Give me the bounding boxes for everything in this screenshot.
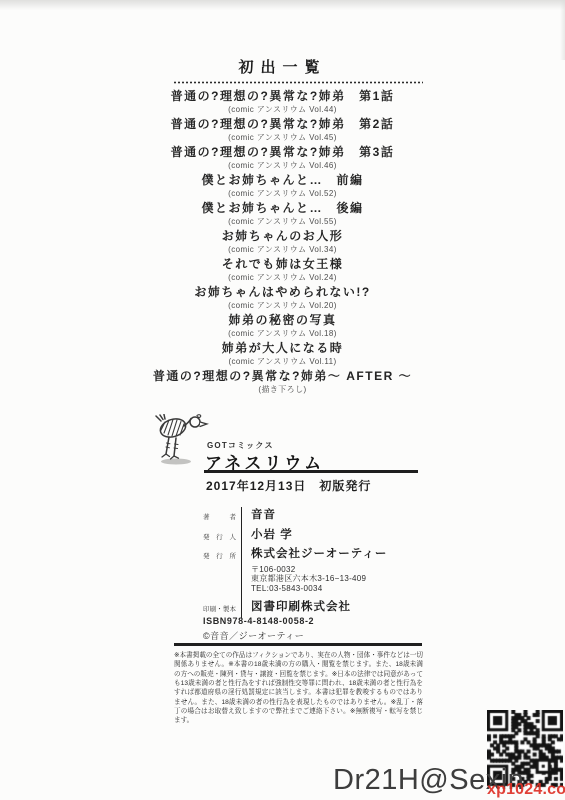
chapter-source: (comic アンスリウム Vol.24) <box>0 273 565 282</box>
bird-sketch-icon <box>153 414 213 469</box>
chapter-title: 普通の?理想の?異常な?姉弟 第3話 <box>0 146 565 159</box>
credit-extra: 〒106-0032東京都港区六本木3-16−13-409TEL:03-5843-… <box>251 564 387 597</box>
chapter-item: それでも姉は女王様 (comic アンスリウム Vol.24) <box>0 258 565 282</box>
credit-value: 小岩 学 <box>251 527 293 545</box>
watermark-site: xp1024.com <box>487 781 565 799</box>
chapter-source: (comic アンスリウム Vol.18) <box>0 329 565 338</box>
credit-row: 著者 音音 <box>203 507 387 527</box>
page-title: 初出一覧 <box>0 56 565 77</box>
scan-edge-artifact <box>0 0 565 10</box>
chapter-item: 普通の?理想の?異常な?姉弟 第1話 (comic アンスリウム Vol.44) <box>0 90 565 114</box>
chapter-title: それでも姉は女王様 <box>0 258 565 271</box>
credit-row: 発行所 株式会社ジーオーティー 〒106-0032東京都港区六本木3-16−13… <box>203 546 387 599</box>
chapter-item: お姉ちゃんのお人形 (comic アンスリウム Vol.34) <box>0 230 565 254</box>
credit-label: 著者 <box>203 507 236 527</box>
credit-extra-line: 東京都港区六本木3-16−13-409 <box>251 574 387 584</box>
chapter-source: (comic アンスリウム Vol.34) <box>0 245 565 254</box>
legal-notice: ※本書掲載の全ての作品はフィクションであり、実在の人物・団体・事件などは一切関係… <box>174 651 423 726</box>
credit-row: 発行人 小岩 学 <box>203 527 387 547</box>
chapter-item: 普通の?理想の?異常な?姉弟 第2話 (comic アンスリウム Vol.45) <box>0 118 565 142</box>
chapter-source: (comic アンスリウム Vol.45) <box>0 133 565 142</box>
chapter-source: (comic アンスリウム Vol.52) <box>0 189 565 198</box>
chapter-title: お姉ちゃんはやめられない!? <box>0 286 565 299</box>
chapter-item: 僕とお姉ちゃんと… 前編 (comic アンスリウム Vol.52) <box>0 174 565 198</box>
chapter-source: (comic アンスリウム Vol.55) <box>0 217 565 226</box>
chapter-title: 普通の?理想の?異常な?姉弟 第2話 <box>0 118 565 131</box>
credit-label: 発行所 <box>203 546 236 599</box>
chapter-source: (comic アンスリウム Vol.44) <box>0 105 565 114</box>
chapter-item: 僕とお姉ちゃんと… 後編 (comic アンスリウム Vol.55) <box>0 202 565 226</box>
scan-edge-artifact-right <box>560 0 565 60</box>
chapter-source: (描き下ろし) <box>0 385 565 394</box>
chapter-source: (comic アンスリウム Vol.20) <box>0 301 565 310</box>
colophon-page: 初出一覧 普通の?理想の?異常な?姉弟 第1話 (comic アンスリウム Vo… <box>0 0 565 800</box>
credit-extra-line: TEL:03-5843-0034 <box>251 584 387 594</box>
chapter-item: 姉弟の秘密の写真 (comic アンスリウム Vol.18) <box>0 314 565 338</box>
credit-cell: 小岩 学 <box>241 527 293 547</box>
chapter-title: 僕とお姉ちゃんと… 後編 <box>0 202 565 215</box>
credit-cell: 株式会社ジーオーティー 〒106-0032東京都港区六本木3-16−13-409… <box>241 546 387 599</box>
credit-value: 図書印刷株式会社 <box>251 599 351 617</box>
notice-divider <box>174 643 422 646</box>
chapter-item: 普通の?理想の?異常な?姉弟 第3話 (comic アンスリウム Vol.46) <box>0 146 565 170</box>
chapter-title: 姉弟が大人になる時 <box>0 342 565 355</box>
chapter-list: 普通の?理想の?異常な?姉弟 第1話 (comic アンスリウム Vol.44)… <box>0 90 565 398</box>
isbn: ISBN978-4-8148-0058-2 <box>203 616 314 626</box>
credits-table: 著者 音音 発行人 小岩 学 発行所 株式会社ジーオーティー 〒106-003 <box>203 507 387 618</box>
credit-label: 発行人 <box>203 527 236 547</box>
title-underline <box>204 470 418 473</box>
credit-value: 音音 <box>251 507 276 525</box>
chapter-item: お姉ちゃんはやめられない!? (comic アンスリウム Vol.20) <box>0 286 565 310</box>
dotted-divider <box>173 81 423 84</box>
chapter-title: 普通の?理想の?異常な?姉弟～ AFTER ～ <box>0 370 565 383</box>
credit-cell: 音音 <box>241 507 276 527</box>
chapter-item: 普通の?理想の?異常な?姉弟～ AFTER ～ (描き下ろし) <box>0 370 565 394</box>
chapter-title: お姉ちゃんのお人形 <box>0 230 565 243</box>
chapter-title: 普通の?理想の?異常な?姉弟 第1話 <box>0 90 565 103</box>
chapter-title: 僕とお姉ちゃんと… 前編 <box>0 174 565 187</box>
copyright-line: ©音音／ジーオーティー <box>203 629 304 642</box>
credit-value: 株式会社ジーオーティー <box>251 546 387 564</box>
chapter-title: 姉弟の秘密の写真 <box>0 314 565 327</box>
chapter-item: 姉弟が大人になる時 (comic アンスリウム Vol.11) <box>0 342 565 366</box>
edition-date: 2017年12月13日 初版発行 <box>206 477 371 494</box>
credit-extra-line: 〒106-0032 <box>251 565 387 575</box>
chapter-source: (comic アンスリウム Vol.11) <box>0 357 565 366</box>
chapter-source: (comic アンスリウム Vol.46) <box>0 161 565 170</box>
